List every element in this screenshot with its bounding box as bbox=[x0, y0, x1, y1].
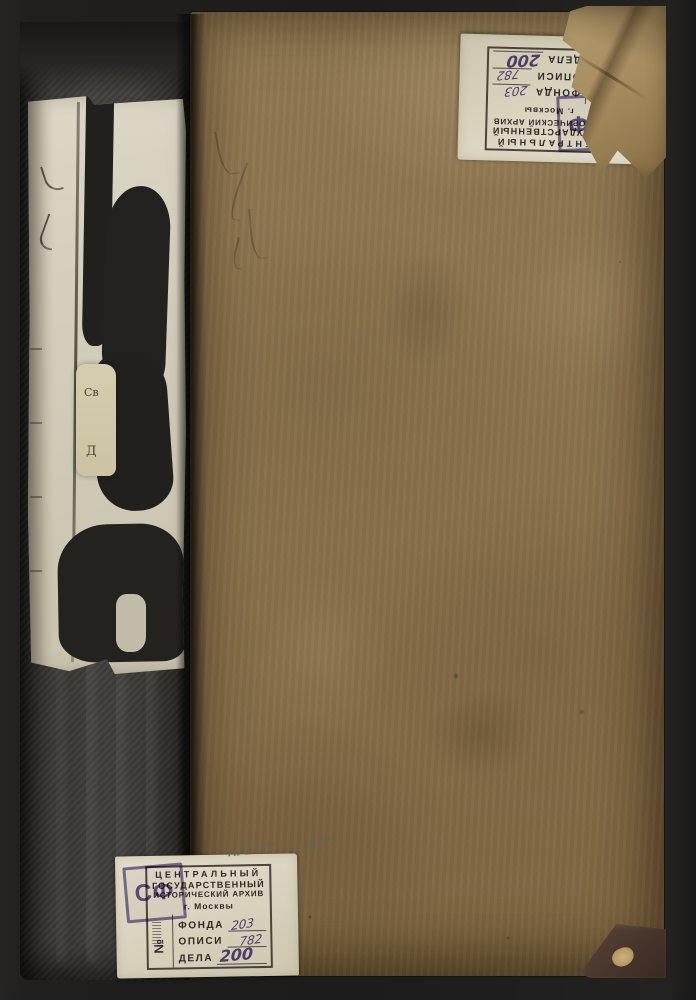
printed-fragment-sv: Св bbox=[84, 386, 99, 399]
number-column: № bbox=[148, 915, 174, 968]
number-sign: № bbox=[151, 939, 166, 954]
ruled-dash bbox=[30, 348, 42, 350]
fond-field-line: 203 bbox=[492, 84, 531, 103]
archive-file-cover-photo: Св Д СФ ЦЕНТРАЛЬНЫЙ bbox=[0, 0, 696, 1000]
light-patch bbox=[250, 572, 390, 732]
delo-field-row: ДЕЛА 200 bbox=[179, 947, 267, 965]
torn-paper-notch bbox=[116, 594, 146, 652]
stain bbox=[426, 688, 536, 778]
field-rows: ФОНДА 203 ОПИСИ 782 ДЕЛА bbox=[173, 913, 271, 968]
stamp-paper: СФ ЦЕНТРАЛЬНЫЙ ГОСУДАРСТВЕННЫЙ ИСТОРИЧЕС… bbox=[115, 853, 299, 978]
spine-paper-label: Св Д bbox=[28, 96, 186, 674]
delo-field-line: 200 bbox=[217, 946, 267, 965]
book-spine: Св Д bbox=[20, 22, 190, 980]
fond-field-line: 203 bbox=[228, 913, 266, 931]
stamp-fields: № ФОНДА 203 ОПИСИ 782 bbox=[148, 913, 271, 968]
spine-cover-hinge bbox=[176, 14, 206, 976]
faded-ink-scribble bbox=[230, 237, 249, 270]
delo-field-value: 200 bbox=[219, 944, 253, 966]
faded-ink-scribble bbox=[214, 129, 240, 176]
sf-mark-text: СФ bbox=[134, 877, 176, 908]
delo-field-value: 200 bbox=[506, 50, 541, 71]
ruled-dash bbox=[30, 570, 42, 572]
faded-ink-scribble bbox=[248, 208, 268, 260]
ruled-dash bbox=[30, 496, 42, 498]
fond-field-label: ФОНДА bbox=[178, 919, 224, 932]
pencil-note-extra: 877 bbox=[308, 835, 332, 851]
archive-stamp-bottom: СФ ЦЕНТРАЛЬНЫЙ ГОСУДАРСТВЕННЫЙ ИСТОРИЧЕС… bbox=[115, 853, 299, 978]
delo-field-label: ДЕЛА bbox=[546, 52, 581, 65]
stain bbox=[380, 252, 470, 372]
paper-fold-line bbox=[573, 52, 649, 101]
printed-fragment-d: Д bbox=[86, 444, 97, 459]
sf-control-stamp: СФ bbox=[122, 862, 187, 923]
pencil-note-gap bbox=[275, 848, 309, 852]
delo-field-label: ДЕЛА bbox=[179, 953, 214, 966]
spine-head-band bbox=[20, 22, 190, 94]
delo-field-row: ДЕЛА 200 bbox=[493, 50, 581, 69]
printed-label-fragment: Св Д bbox=[76, 364, 116, 476]
ruled-dash bbox=[30, 422, 42, 424]
delo-field-line: 200 bbox=[493, 50, 543, 69]
